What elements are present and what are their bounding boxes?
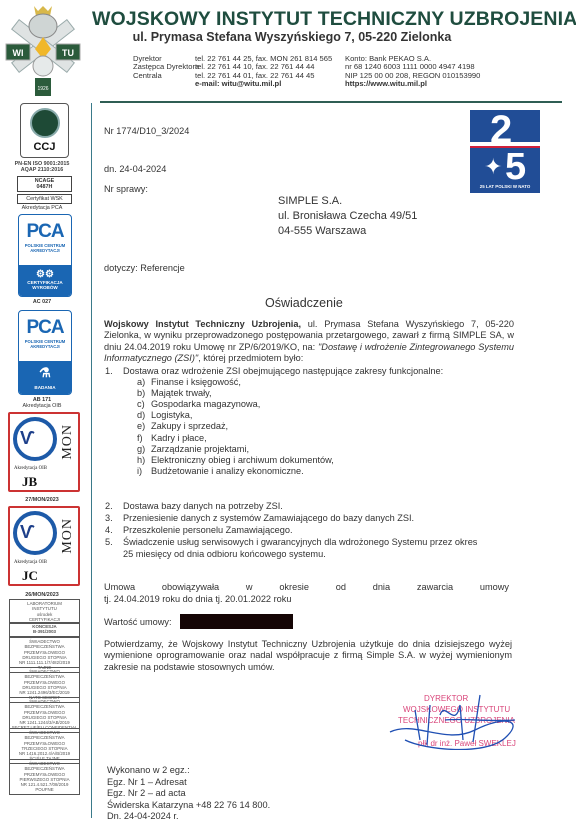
ncage-box: NCAGE 0487H (17, 176, 72, 192)
subject-line: dotyczy: Referencje (104, 263, 185, 273)
document-date: dn. 24-04-2024 (104, 164, 166, 174)
case-number: Nr sprawy: (104, 184, 148, 194)
list-subitem: e)Zakupy i sprzedaż, (137, 421, 228, 432)
header-divider (100, 101, 562, 103)
svg-text:1926: 1926 (37, 86, 48, 92)
handwritten-signature-icon (385, 690, 535, 750)
ccj-emblem-icon (30, 108, 60, 138)
svg-text:TU: TU (62, 48, 74, 58)
mon-jb-badge: Ѵ MON Akredytacja OIB JB (8, 412, 80, 492)
list-subitem: g)Zarządzanie projektami, (137, 444, 249, 455)
list-subitem: i)Budżetowanie i analizy ekonomiczne. (137, 466, 304, 477)
confirmation-paragraph: Potwierdzamy, że Wojskowy Instytut Techn… (104, 639, 512, 673)
recipient-street: ul. Bronisława Czecha 49/51 (278, 210, 417, 222)
wsk-certificate: Certyfikat WSK (17, 194, 72, 204)
contract-value-label: Wartość umowy: (104, 617, 172, 627)
certificate-box: KONCESJAB-391/2003 (9, 622, 80, 637)
list-subitem: b)Majątek trwały, (137, 388, 212, 399)
list-subitem: f)Kadry i płace, (137, 433, 207, 444)
contract-period-line-2: tj. 24.04.2019 roku do dnia tj. 20.01.20… (104, 594, 291, 604)
list-item-continuation: 25 miesięcy od dnia odbioru końcowego sy… (123, 549, 326, 560)
list-subitem: a)Finanse i księgowość, (137, 377, 241, 388)
institute-address: ul. Prymasa Stefana Wyszyńskiego 7, 05-2… (92, 30, 492, 44)
list-item: 4.Przeszkolenie personelu Zamawiającego. (105, 525, 293, 536)
list-item: 2.Dostawa bazy danych na potrzeby ZSI. (105, 501, 283, 512)
list-item: 1.Dostawa oraz wdrożenie ZSI obejmująceg… (105, 366, 443, 377)
list-item: 3.Przeniesienie danych z systemów Zamawi… (105, 513, 414, 524)
bank-details: Konto: Bank PEKAO S.A. nr 68 1240 6003 1… (345, 55, 480, 88)
redacted-value (180, 614, 293, 629)
list-subitem: c)Gospodarka magazynowa, (137, 399, 260, 410)
ccj-label: CCJ (21, 141, 68, 153)
email-link[interactable]: e-mail: witu@witu.mil.pl (195, 80, 332, 88)
contract-period-line-1: Umowa obowiązywała w okresie od dnia zaw… (104, 582, 509, 593)
recipient-city: 04-555 Warszawa (278, 225, 366, 237)
contact-phones: tel. 22 761 44 25, fax. MON 261 814 565 … (195, 55, 332, 88)
certificate-box: LABORATORIUMINSTYTUTUośrodekCERTYFIKACJI (9, 599, 80, 624)
pca-certification-badge: PCA POLSKIE CENTRUM AKREDYTACJI ⚙⚙ CERTY… (18, 214, 72, 297)
mon-jb-number: 27/MON/2023 (8, 497, 76, 503)
list-subitem: h)Elektroniczny obieg i archiwum dokumen… (137, 455, 334, 466)
nato-star-icon: ✦ (484, 154, 502, 180)
certificate-box: ŚWIADECTWOBEZPIECZEŃSTWAPRZEMYSŁOWEGOPIE… (9, 759, 80, 795)
svg-text:WI: WI (13, 48, 24, 58)
distribution-footer: Wykonano w 2 egz.: Egz. Nr 1 – Adresat E… (107, 765, 270, 821)
pca-code-1: AC 027 (8, 299, 76, 305)
flask-icon: ⚗ (19, 365, 71, 381)
nato-25-years-badge: 2 ✦ 5 25 LAT POLSKI W NATO (470, 110, 540, 193)
iso-certification: PN-EN ISO 9001:2015 AQAP 2110:2016 (8, 161, 76, 173)
mon-jc-number: 26/MON/2023 (8, 592, 76, 598)
intro-paragraph: Wojskowy Instytut Techniczny Uzbrojenia,… (104, 319, 514, 364)
gears-icon: ⚙⚙ (19, 269, 71, 280)
contact-roles: Dyrektor Zastępca Dyrektora Centrala (133, 55, 199, 80)
witu-emblem-icon: WI TU 1926 (4, 2, 82, 102)
document-number: Nr 1774/D10_3/2024 (104, 126, 189, 136)
pca-accreditation-label: Akredytacja PCA (8, 205, 76, 211)
website-link[interactable]: https://www.witu.mil.pl (345, 80, 480, 88)
mon-jc-badge: Ѵ MON Akredytacja OIB JC (8, 506, 80, 586)
list-item: 5.Świadczenie usług serwisowych i gwaran… (105, 537, 477, 548)
institute-name: WOJSKOWY INSTYTUT TECHNICZNY UZBROJENIA (92, 8, 570, 31)
ccj-certificate-badge: CCJ (20, 103, 69, 158)
sidebar-divider (91, 103, 92, 818)
pca-testing-badge: PCA POLSKIE CENTRUM AKREDYTACJI ⚗ BADANI… (18, 310, 72, 395)
oib-accreditation-label: Akredytacja OIB (8, 403, 76, 409)
document-heading: Oświadczenie (265, 296, 343, 310)
list-subitem: d)Logistyka, (137, 410, 192, 421)
recipient-name: SIMPLE S.A. (278, 195, 342, 207)
